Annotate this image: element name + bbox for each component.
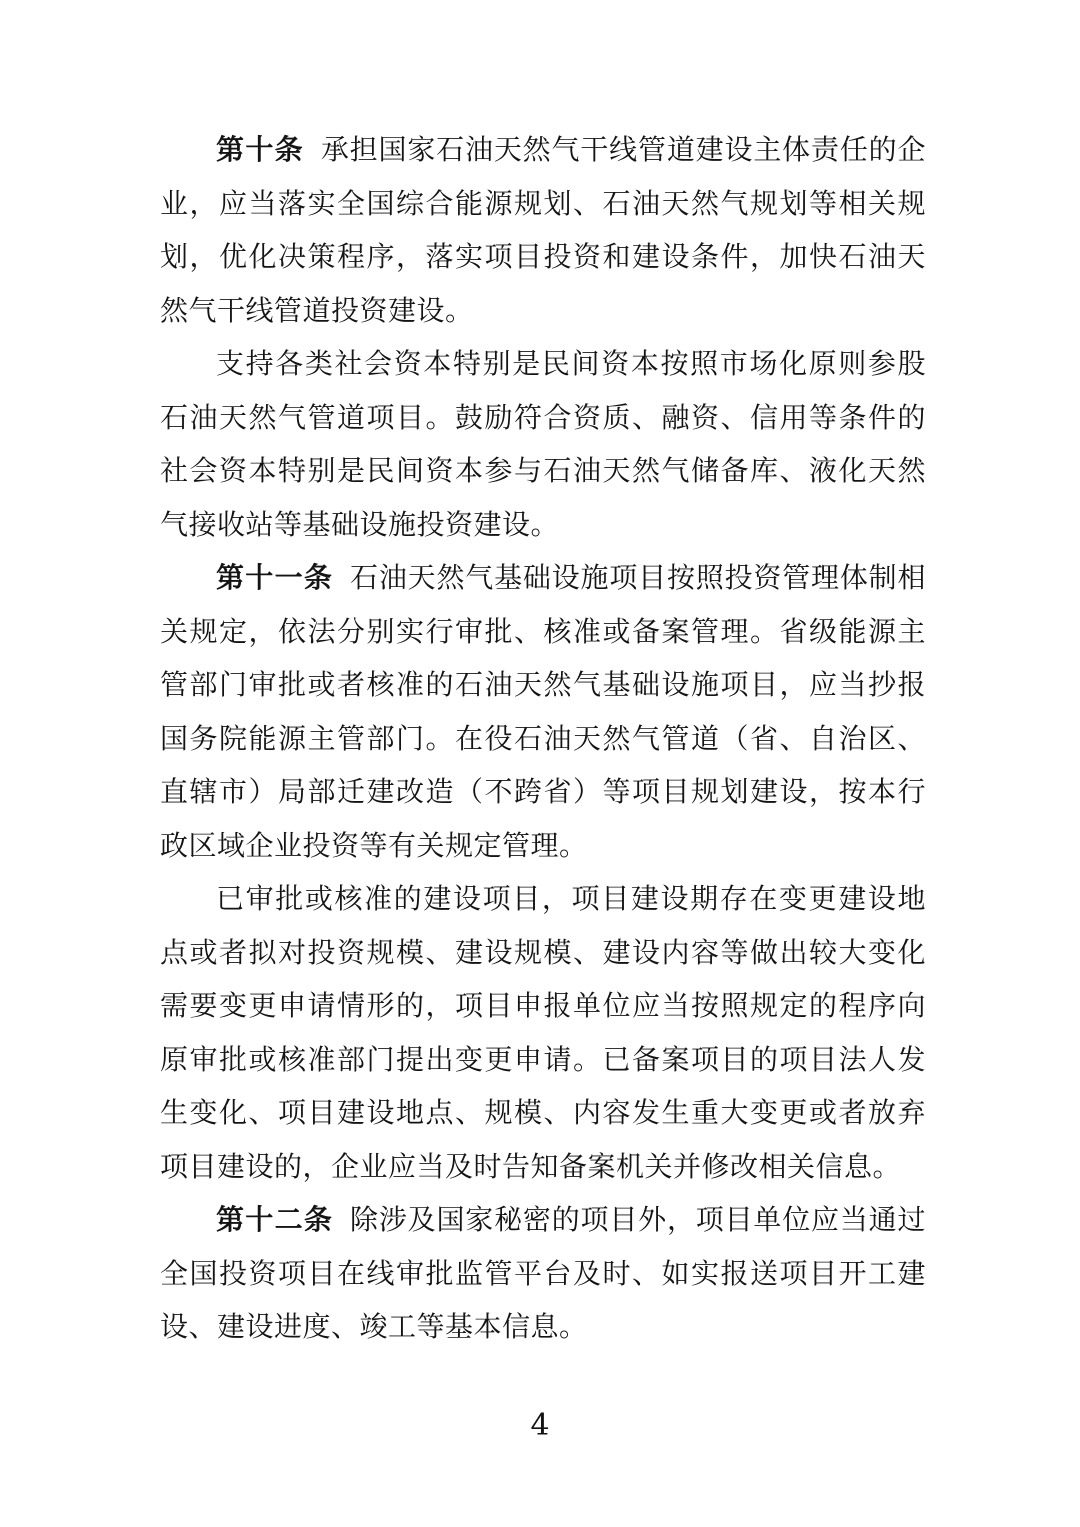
article-10-number: 第十条 bbox=[216, 133, 304, 166]
paragraph-article-11: 第十一条石油天然气基础设施项目按照投资管理体制相关规定，依法分别实行审批、核准或… bbox=[160, 551, 926, 872]
document-page: 第十条承担国家石油天然气干线管道建设主体责任的企业，应当落实全国综合能源规划、石… bbox=[0, 0, 1080, 1527]
article-11-number: 第十一条 bbox=[216, 561, 333, 594]
paragraph-article-10-clause-2: 支持各类社会资本特别是民间资本按照市场化原则参股石油天然气管道项目。鼓励符合资质… bbox=[160, 337, 926, 551]
page-number: 4 bbox=[0, 1408, 1080, 1443]
article-10-clause-2-text: 支持各类社会资本特别是民间资本按照市场化原则参股石油天然气管道项目。鼓励符合资质… bbox=[160, 347, 926, 541]
article-11-text: 石油天然气基础设施项目按照投资管理体制相关规定，依法分别实行审批、核准或备案管理… bbox=[160, 561, 926, 862]
document-body: 第十条承担国家石油天然气干线管道建设主体责任的企业，应当落实全国综合能源规划、石… bbox=[160, 123, 926, 1354]
article-11-clause-2-text: 已审批或核准的建设项目，项目建设期存在变更建设地点或者拟对投资规模、建设规模、建… bbox=[160, 882, 926, 1183]
paragraph-article-12: 第十二条除涉及国家秘密的项目外，项目单位应当通过全国投资项目在线审批监管平台及时… bbox=[160, 1193, 926, 1354]
paragraph-article-10: 第十条承担国家石油天然气干线管道建设主体责任的企业，应当落实全国综合能源规划、石… bbox=[160, 123, 926, 337]
paragraph-article-11-clause-2: 已审批或核准的建设项目，项目建设期存在变更建设地点或者拟对投资规模、建设规模、建… bbox=[160, 872, 926, 1193]
article-12-number: 第十二条 bbox=[216, 1203, 333, 1236]
